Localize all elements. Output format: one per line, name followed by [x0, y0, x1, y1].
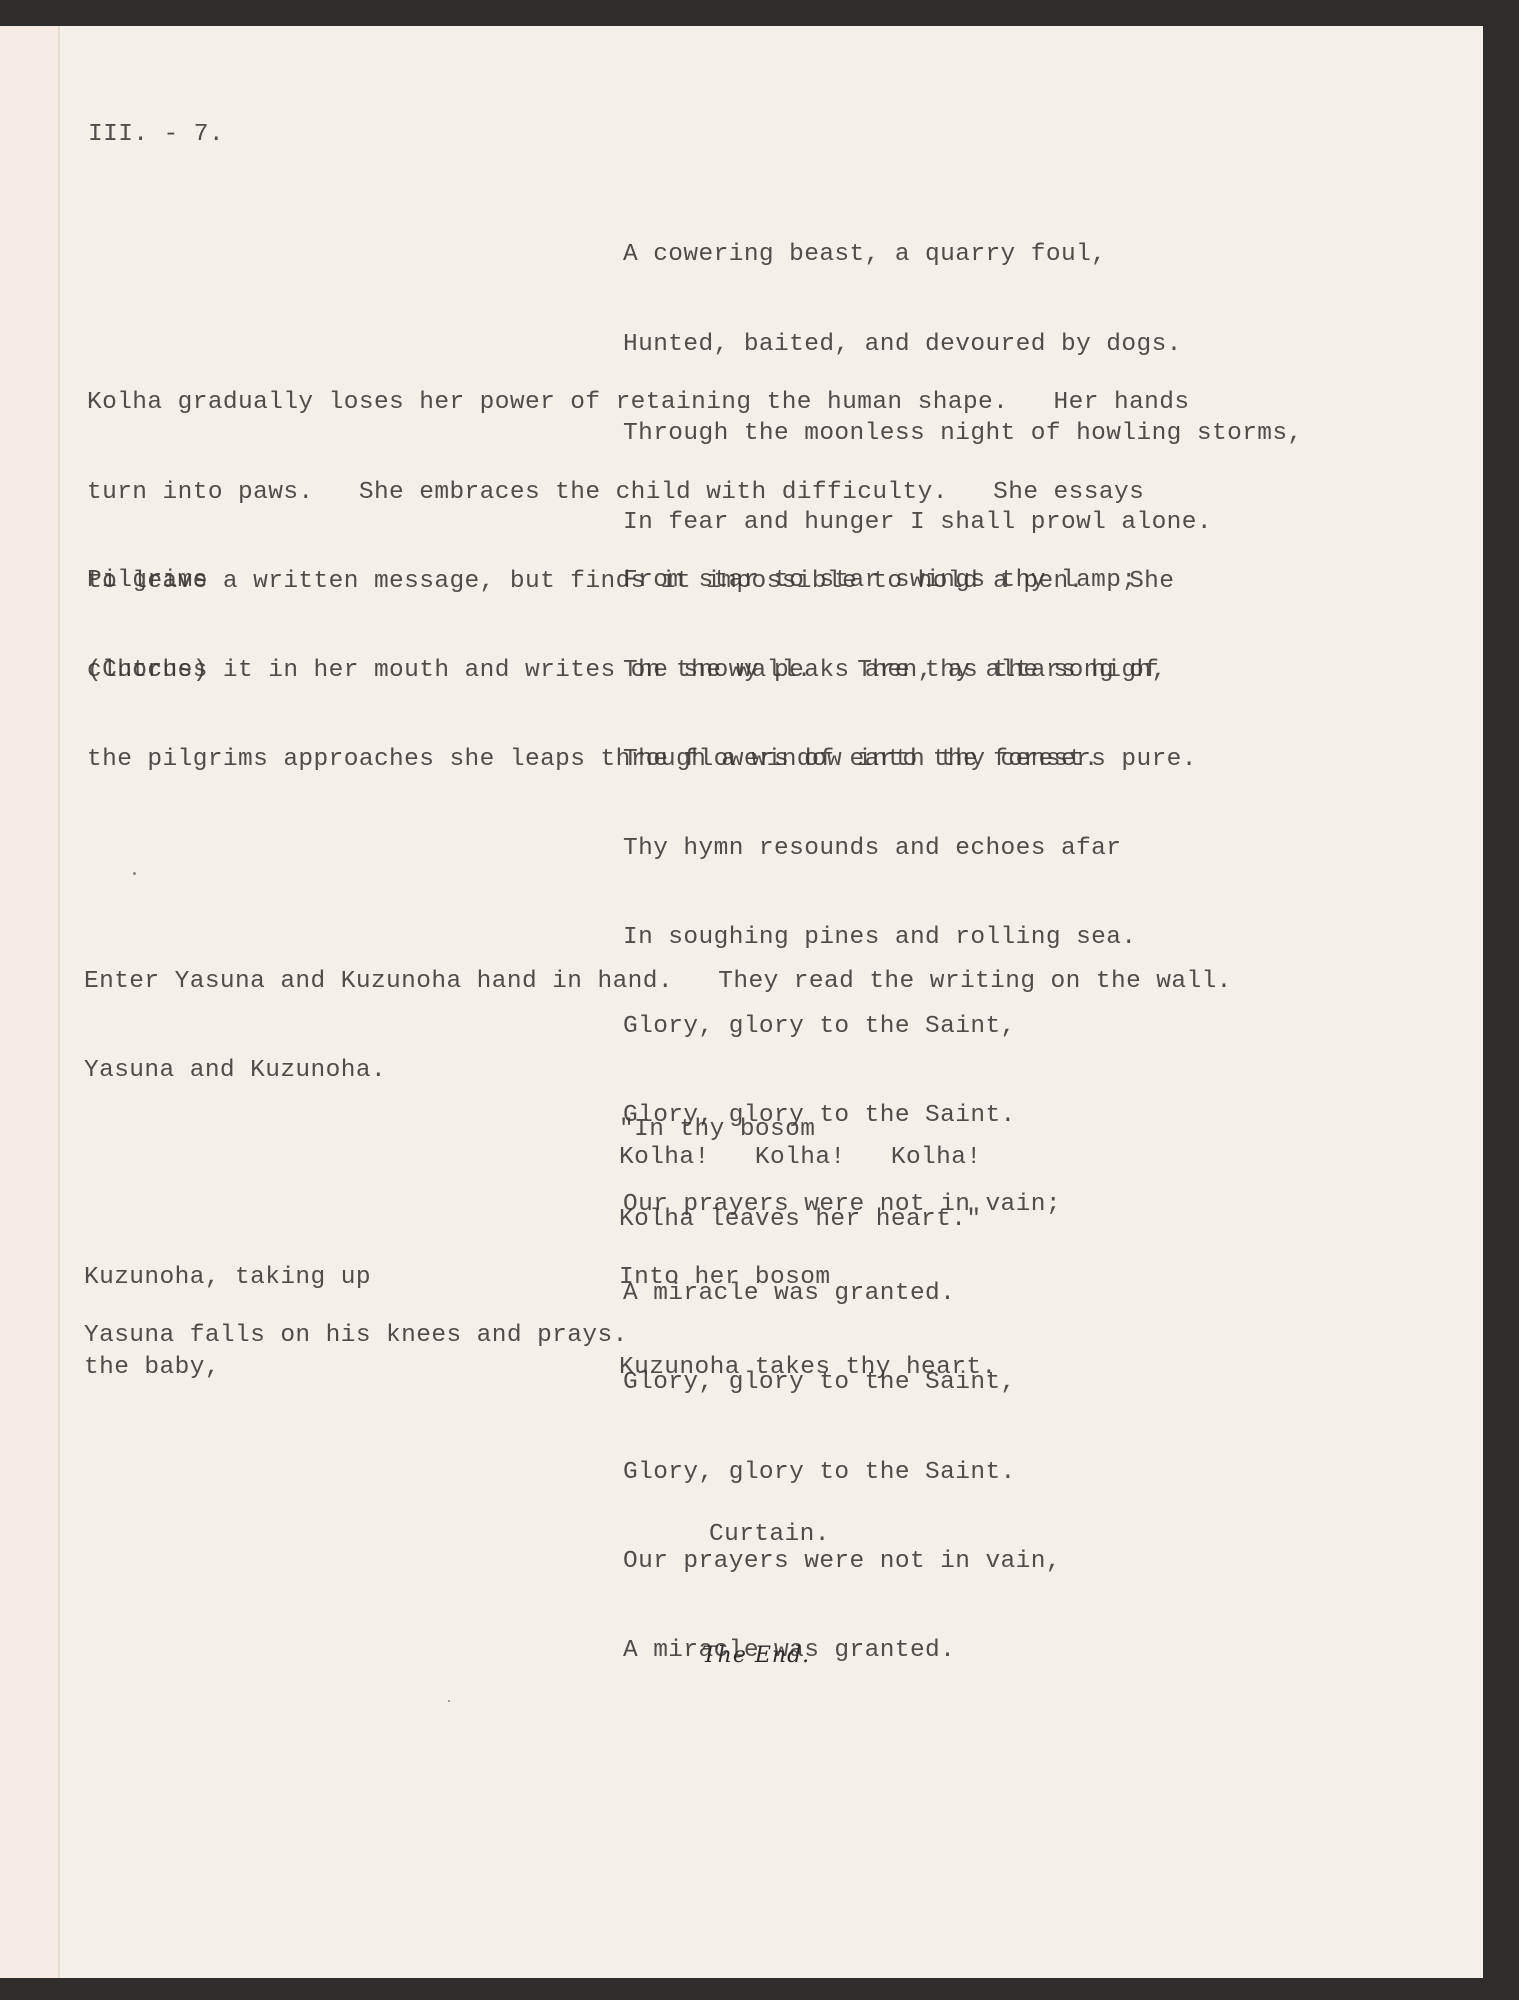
handwritten-the-end: The End. [702, 1643, 810, 1668]
verse-line: Kuzunoha takes thy heart. [619, 1353, 997, 1383]
stage-line: Kolha gradually loses her power of retai… [87, 388, 1189, 418]
character-name-pilgrims: Pilgrims (Chorus) [87, 507, 208, 745]
verse-line: "In thy bosom [619, 1115, 981, 1145]
verse-line: A cowering beast, a quarry foul, [623, 240, 1303, 270]
character-line: (Chorus) [87, 656, 208, 686]
stage-line: turn into paws. She embraces the child w… [87, 478, 1189, 508]
character-name-yasuna-kuzunoha: Yasuna and Kuzunoha. [84, 1056, 386, 1086]
verse-line: Thy hymn resounds and echoes afar [623, 834, 1197, 864]
character-line: Kuzunoha, taking up [84, 1263, 371, 1293]
typescript-page: III. - 7. A cowering beast, a quarry fou… [0, 26, 1483, 1978]
kolha-cry: Kolha! Kolha! Kolha! [619, 1143, 981, 1173]
left-page-edge [0, 26, 60, 1978]
verse-line: The snowy peaks are thy altars high, [623, 656, 1197, 686]
verse-line: Our prayers were not in vain, [623, 1547, 1197, 1577]
verse-line: From star to star swings thy lamp; [623, 566, 1197, 596]
verse-line: Glory, glory to the Saint. [623, 1458, 1197, 1488]
page-number: III. - 7. [88, 120, 224, 150]
paper-speck [133, 872, 136, 875]
verse-line: Into her bosom [619, 1263, 997, 1293]
curtain-text: Curtain. [709, 1520, 830, 1550]
verse-line: In soughing pines and rolling sea. [623, 923, 1197, 953]
stage-direction-prays: Yasuna falls on his knees and prays. [84, 1321, 628, 1351]
stage-direction-enter: Enter Yasuna and Kuzunoha hand in hand. … [84, 967, 1232, 997]
kuzunoha-verse: Into her bosom Kuzunoha takes thy heart. [619, 1204, 997, 1442]
verse-line: The flowers of earth thy censers pure. [623, 745, 1197, 775]
paper-speck [448, 1700, 450, 1702]
verse-line: Glory, glory to the Saint, [623, 1012, 1197, 1042]
character-line: Pilgrims [87, 566, 208, 596]
character-line: the baby, [84, 1353, 371, 1383]
